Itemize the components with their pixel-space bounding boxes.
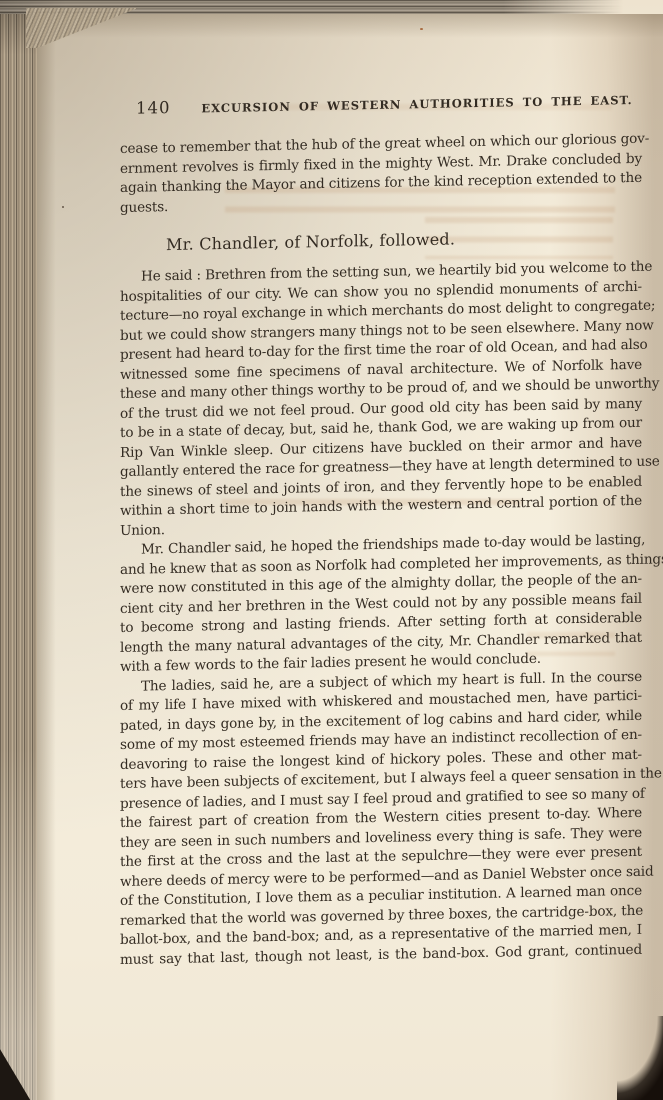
paper-speck (420, 28, 423, 30)
paragraph: He said : Brethren from the setting sun,… (120, 258, 642, 541)
paragraph: cease to remember that the hub of the gr… (120, 130, 642, 218)
section-heading: Mr. Chandler, of Norfolk, followed. (166, 224, 642, 257)
page-text: 140 EXCURSION OF WESTERN AUTHORITIES TO … (120, 89, 642, 970)
photo-background-corner-bottom-right (617, 1016, 663, 1100)
paragraph: The ladies, said he, are a subject of wh… (120, 667, 642, 970)
page-content: cease to remember that the hub of the gr… (120, 130, 642, 970)
paragraph: Mr. Chandler said, he hoped the friendsh… (120, 531, 642, 678)
scanned-book-page-photo: 140 EXCURSION OF WESTERN AUTHORITIES TO … (0, 0, 663, 1100)
paper-speck (62, 206, 64, 208)
page-stack-left-edge (0, 0, 37, 1100)
running-head: EXCURSION OF WESTERN AUTHORITIES TO THE … (192, 93, 642, 116)
page-number: 140 (120, 98, 192, 118)
